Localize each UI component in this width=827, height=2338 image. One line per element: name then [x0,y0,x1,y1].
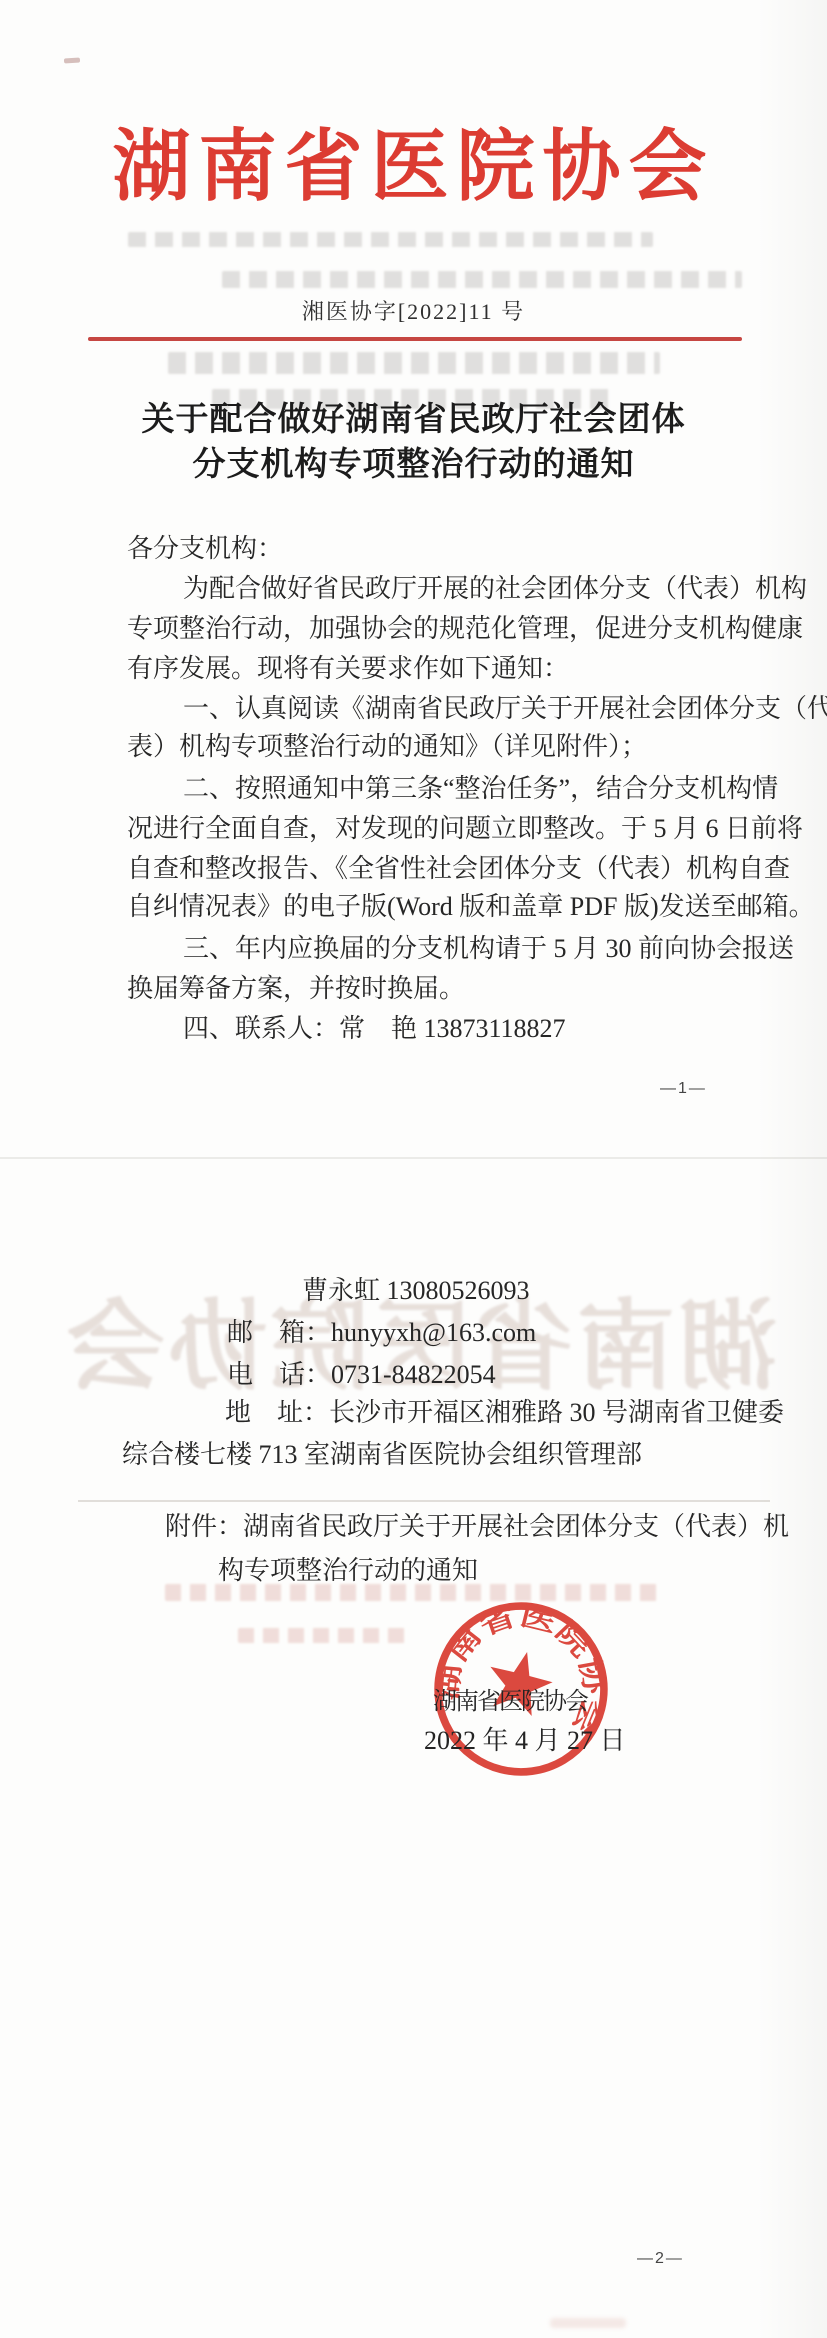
body-line: 况进行全面自查，对发现的问题立即整改。于 5 月 6 日前将 [127,814,803,844]
ghost-bleed-row [168,352,660,374]
body-line: 各分支机构： [127,534,283,564]
scan-smudge [550,2318,626,2328]
letterhead-title: 湖南省医院协会 [0,124,827,210]
ghost-bleed-row [238,1628,413,1643]
contact-line-phone: 电 话：0731-84822054 [227,1360,496,1390]
contact-line: 曹永虹 13080526093 [302,1276,530,1306]
page-boundary-line [0,1157,827,1159]
body-line: 为配合做好省民政厅开展的社会团体分支（代表）机构 [183,574,807,604]
scan-corner-mark [64,57,80,63]
doc-number: 湘医协字[2022]11 号 [0,295,827,326]
ghost-bleed-row [222,271,742,288]
ghost-bleed-row [128,232,653,247]
body-line: 自纠情况表》的电子版(Word 版和盖章 PDF 版)发送至邮箱。 [127,892,815,922]
issue-date: 2022 年 4 月 27 日 [424,1720,626,1757]
attachment-line2: 构专项整治行动的通知 [218,1556,478,1586]
body-line: 换届筹备方案，并按时换届。 [127,974,465,1004]
red-divider-rule [88,337,742,341]
body-line: 专项整治行动，加强协会的规范化管理，促进分支机构健康 [127,614,803,644]
faint-separator-line [78,1500,770,1502]
page-number-2: —2— [637,2250,684,2268]
body-line: 三、年内应换届的分支机构请于 5 月 30 前向协会报送 [183,934,794,964]
ghost-bleed-row [165,1584,660,1601]
doc-title-line1: 关于配合做好湖南省民政厅社会团体 [0,402,827,438]
body-line: 四、联系人：常 艳 13873118827 [183,1014,566,1044]
doc-title-line2: 分支机构专项整治行动的通知 [0,447,827,483]
body-line: 表）机构专项整治行动的通知》（详见附件）； [127,732,647,762]
body-line: 二、按照通知中第三条“整治任务”，结合分支机构情 [183,774,778,804]
scanned-notice-document: 湖南省医院协会 湘医协字[2022]11 号 关于配合做好湖南省民政厅社会团体 … [0,0,827,2338]
issuer-signature: 湖南省医院协会 [433,1681,587,1716]
contact-line-address: 地 址：长沙市开福区湘雅路 30 号湖南省卫健委 [225,1398,784,1428]
body-line: 自查和整改报告、《全省性社会团体分支（代表）机构自查 [127,854,790,884]
contact-line-email: 邮 箱：hunyyxh@163.com [227,1318,536,1348]
body-line: 一、认真阅读《湖南省民政厅关于开展社会团体分支（代 [183,694,827,724]
contact-line-address2: 综合楼七楼 713 室湖南省医院协会组织管理部 [122,1440,642,1470]
attachment-line1: 附件：湖南省民政厅关于开展社会团体分支（代表）机 [165,1512,789,1542]
page-number-1: —1— [660,1080,707,1098]
body-line: 有序发展。现将有关要求作如下通知： [127,654,569,684]
